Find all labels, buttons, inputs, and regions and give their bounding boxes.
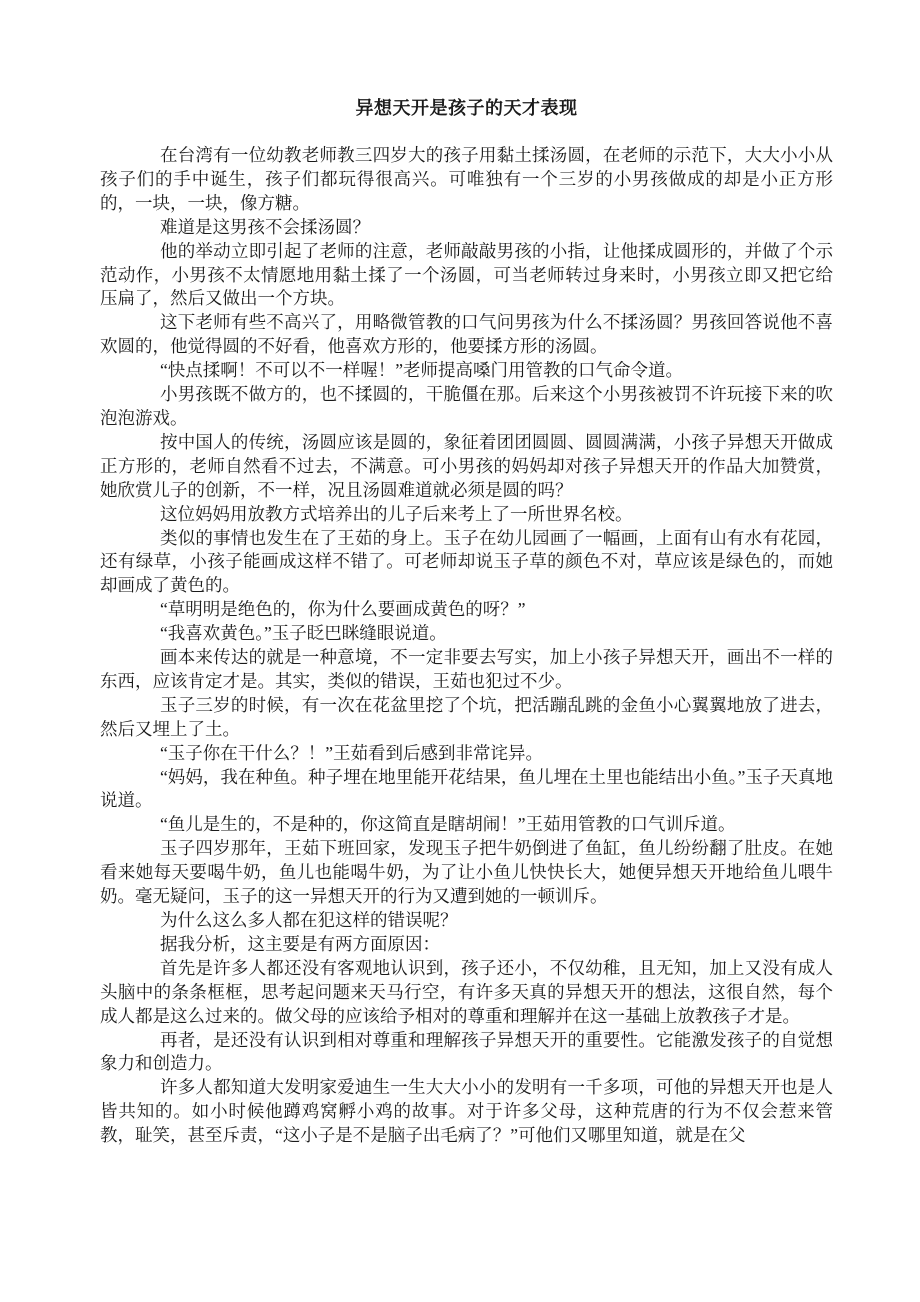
document-body: 在台湾有一位幼教老师教三四岁大的孩子用黏土揉汤圆，在老师的示范下，大大小小从孩子…	[100, 144, 833, 1148]
paragraph: “妈妈，我在种鱼。种子埋在地里能开花结果，鱼儿埋在土里也能结出小鱼。”玉子天真地…	[100, 766, 833, 814]
paragraph: 难道是这男孩不会揉汤圆？	[100, 216, 833, 240]
paragraph: 这位妈妈用放教方式培养出的儿子后来考上了一所世界名校。	[100, 503, 833, 527]
paragraph: 玉子三岁的时候，有一次在花盆里挖了个坑，把活蹦乱跳的金鱼小心翼翼地放了进去，然后…	[100, 694, 833, 742]
paragraph: 他的举动立即引起了老师的注意，老师敲敲男孩的小指，让他揉成圆形的，并做了个示范动…	[100, 240, 833, 312]
paragraph: “鱼儿是生的，不是种的，你这简直是瞎胡闹！”王茹用管教的口气训斥道。	[100, 813, 833, 837]
paragraph: “玉子你在干什么？！”王茹看到后感到非常诧异。	[100, 742, 833, 766]
document-content: 异想天开是孩子的天才表现 在台湾有一位幼教老师教三四岁大的孩子用黏土揉汤圆，在老…	[100, 96, 833, 1148]
paragraph: 在台湾有一位幼教老师教三四岁大的孩子用黏土揉汤圆，在老师的示范下，大大小小从孩子…	[100, 144, 833, 216]
paragraph: 首先是许多人都还没有客观地认识到，孩子还小，不仅幼稚，且无知，加上又没有成人头脑…	[100, 957, 833, 1029]
paragraph: 按中国人的传统，汤圆应该是圆的，象征着团团圆圆、圆圆满满，小孩子异想天开做成正方…	[100, 431, 833, 503]
paragraph: 为什么这么多人都在犯这样的错误呢？	[100, 909, 833, 933]
document-page: 异想天开是孩子的天才表现 在台湾有一位幼教老师教三四岁大的孩子用黏土揉汤圆，在老…	[0, 0, 920, 1302]
document-title: 异想天开是孩子的天才表现	[100, 96, 833, 120]
paragraph: “草明明是绝色的，你为什么要画成黄色的呀？”	[100, 598, 833, 622]
paragraph: 这下老师有些不高兴了，用略微管教的口气问男孩为什么不揉汤圆？男孩回答说他不喜欢圆…	[100, 311, 833, 359]
paragraph: “快点揉啊！不可以不一样喔！”老师提高嗓门用管教的口气命令道。	[100, 359, 833, 383]
paragraph: 许多人都知道大发明家爱迪生一生大大小小的发明有一千多项，可他的异想天开也是人皆共…	[100, 1076, 833, 1148]
paragraph: 玉子四岁那年，王茹下班回家，发现玉子把牛奶倒进了鱼缸，鱼儿纷纷翻了肚皮。在她看来…	[100, 837, 833, 909]
paragraph: 据我分析，这主要是有两方面原因：	[100, 933, 833, 957]
paragraph: 小男孩既不做方的，也不揉圆的，干脆僵在那。后来这个小男孩被罚不许玩接下来的吹泡泡…	[100, 383, 833, 431]
paragraph: 类似的事情也发生在了王茹的身上。玉子在幼儿园画了一幅画，上面有山有水有花园，还有…	[100, 527, 833, 599]
paragraph: 再者，是还没有认识到相对尊重和理解孩子异想天开的重要性。它能激发孩子的自觉想象力…	[100, 1029, 833, 1077]
paragraph: 画本来传达的就是一种意境，不一定非要去写实，加上小孩子异想天开，画出不一样的东西…	[100, 646, 833, 694]
paragraph: “我喜欢黄色。”玉子眨巴眯缝眼说道。	[100, 622, 833, 646]
